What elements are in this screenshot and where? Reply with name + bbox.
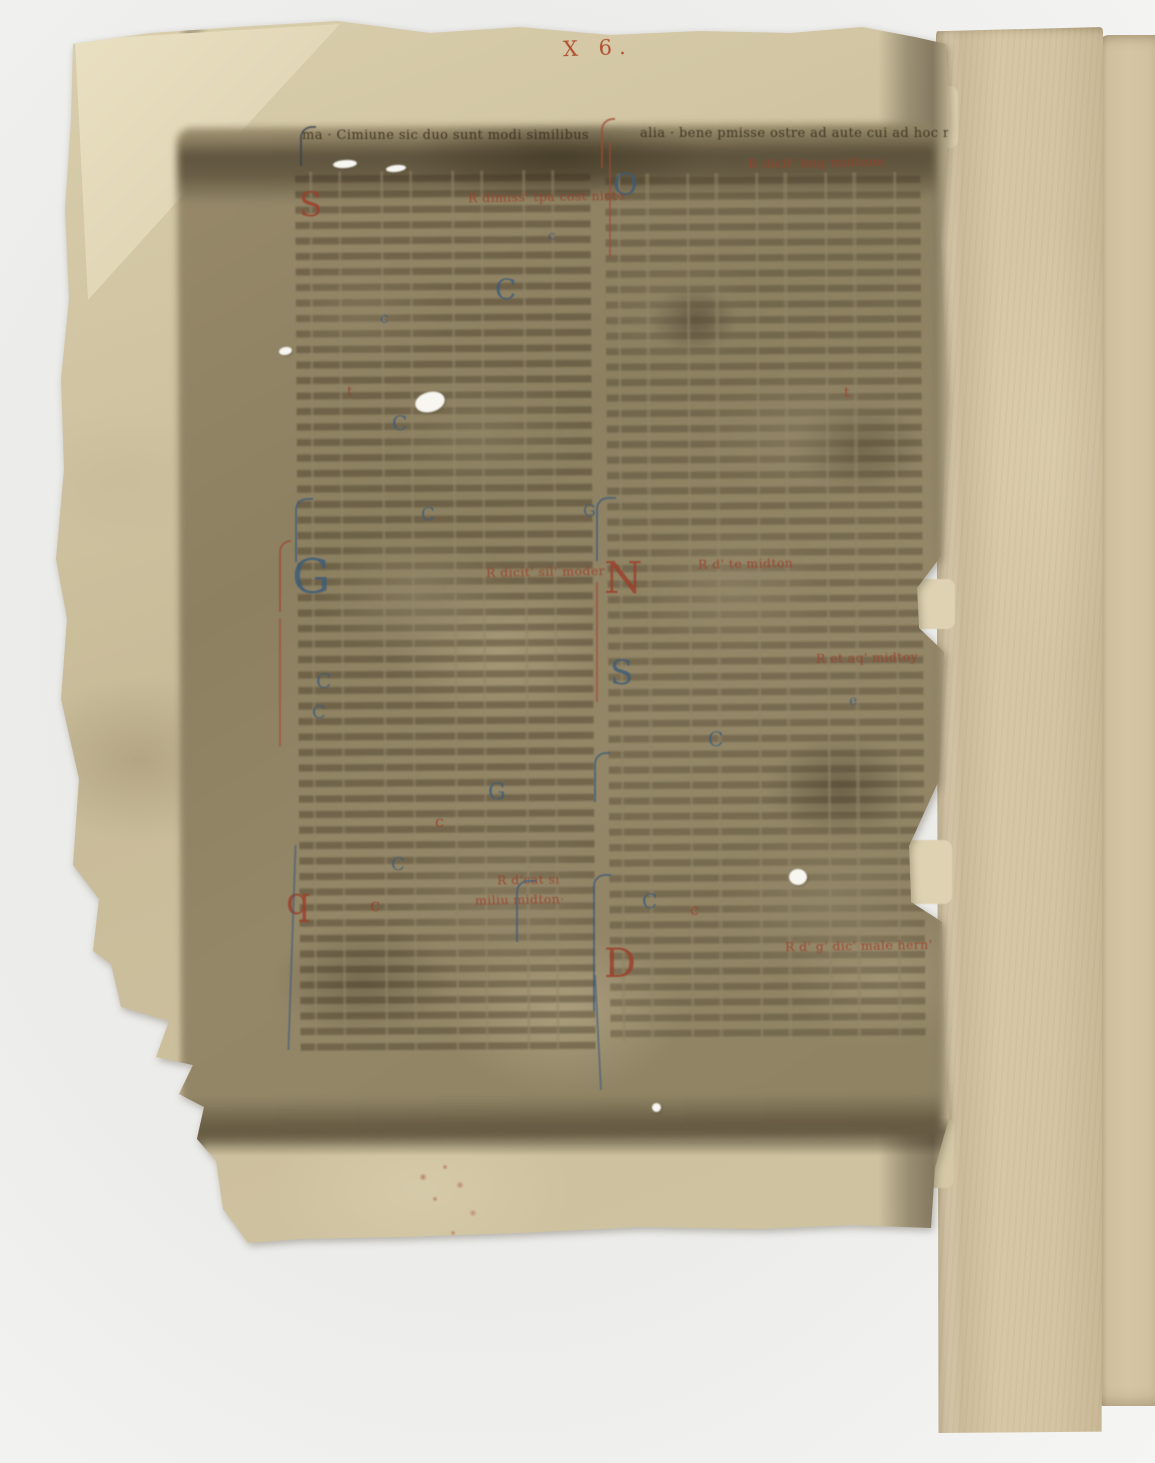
rubric: R dicit' sil' moder [486, 565, 605, 580]
initial-letter: c [548, 230, 555, 243]
header-line-left: ma · Cimiune sic duo sunt modi similibus [302, 129, 589, 142]
initial-letter: t [347, 385, 353, 399]
initial-letter: c [380, 311, 388, 326]
initial-letter: C [391, 856, 405, 874]
pen-flourish [279, 618, 281, 746]
initial-letter: C [316, 671, 331, 691]
folio-number: X 6. [563, 37, 633, 60]
pen-flourish [594, 752, 610, 802]
faded-ink-patches [295, 170, 595, 1052]
initial-letter: C [392, 413, 407, 433]
pen-flourish [516, 880, 536, 942]
pen-flourish [279, 540, 291, 612]
initial-letter: G [583, 503, 596, 519]
pen-flourish [295, 498, 313, 562]
initial-letter: N [604, 557, 643, 601]
initial-letter: c [690, 902, 699, 918]
pen-flourish [609, 142, 611, 257]
rubric: R d' g' dic' male hern' [785, 939, 933, 954]
red-pigment-speckles [405, 1155, 515, 1250]
header-line-right: alia · bene pmisse ostre ad aute cui ad … [640, 127, 956, 140]
initial-letter: S [299, 188, 322, 222]
initial-letter: c [370, 897, 380, 915]
initial-letter: S [610, 656, 633, 690]
initial-letter: c [435, 814, 444, 830]
parchment-surface: X 6. ma · Cimiune sic duo sunt modi simi… [0, 0, 1155, 1463]
initial-letter: G [488, 782, 506, 804]
initial-letter: q [286, 882, 310, 920]
manuscript-leaf: X 6. ma · Cimiune sic duo sunt modi simi… [0, 0, 1155, 1463]
rubric: R dimiss' tpa cost nicte [468, 190, 625, 205]
initial-letter: C [312, 704, 326, 722]
initial-letter: t [844, 386, 850, 400]
initial-letter: C [421, 506, 435, 524]
pen-flourish [596, 497, 616, 561]
rubric: R d' te midton [698, 557, 793, 571]
rubric: R et aq' midtoy [816, 651, 918, 665]
pen-flourish [596, 582, 598, 702]
initial-letter: C [642, 891, 657, 911]
pen-flourish [300, 126, 316, 166]
rubric: R dicit' bng midtone [748, 156, 885, 171]
initial-letter: O [613, 171, 638, 201]
parchment-hole [789, 869, 807, 885]
initial-letter: C [495, 276, 516, 304]
parchment-hole [652, 1103, 661, 1112]
text-column-left [295, 170, 595, 1052]
initial-letter: e [849, 694, 857, 708]
pen-flourish [601, 118, 615, 168]
initial-letter: C [708, 729, 723, 749]
